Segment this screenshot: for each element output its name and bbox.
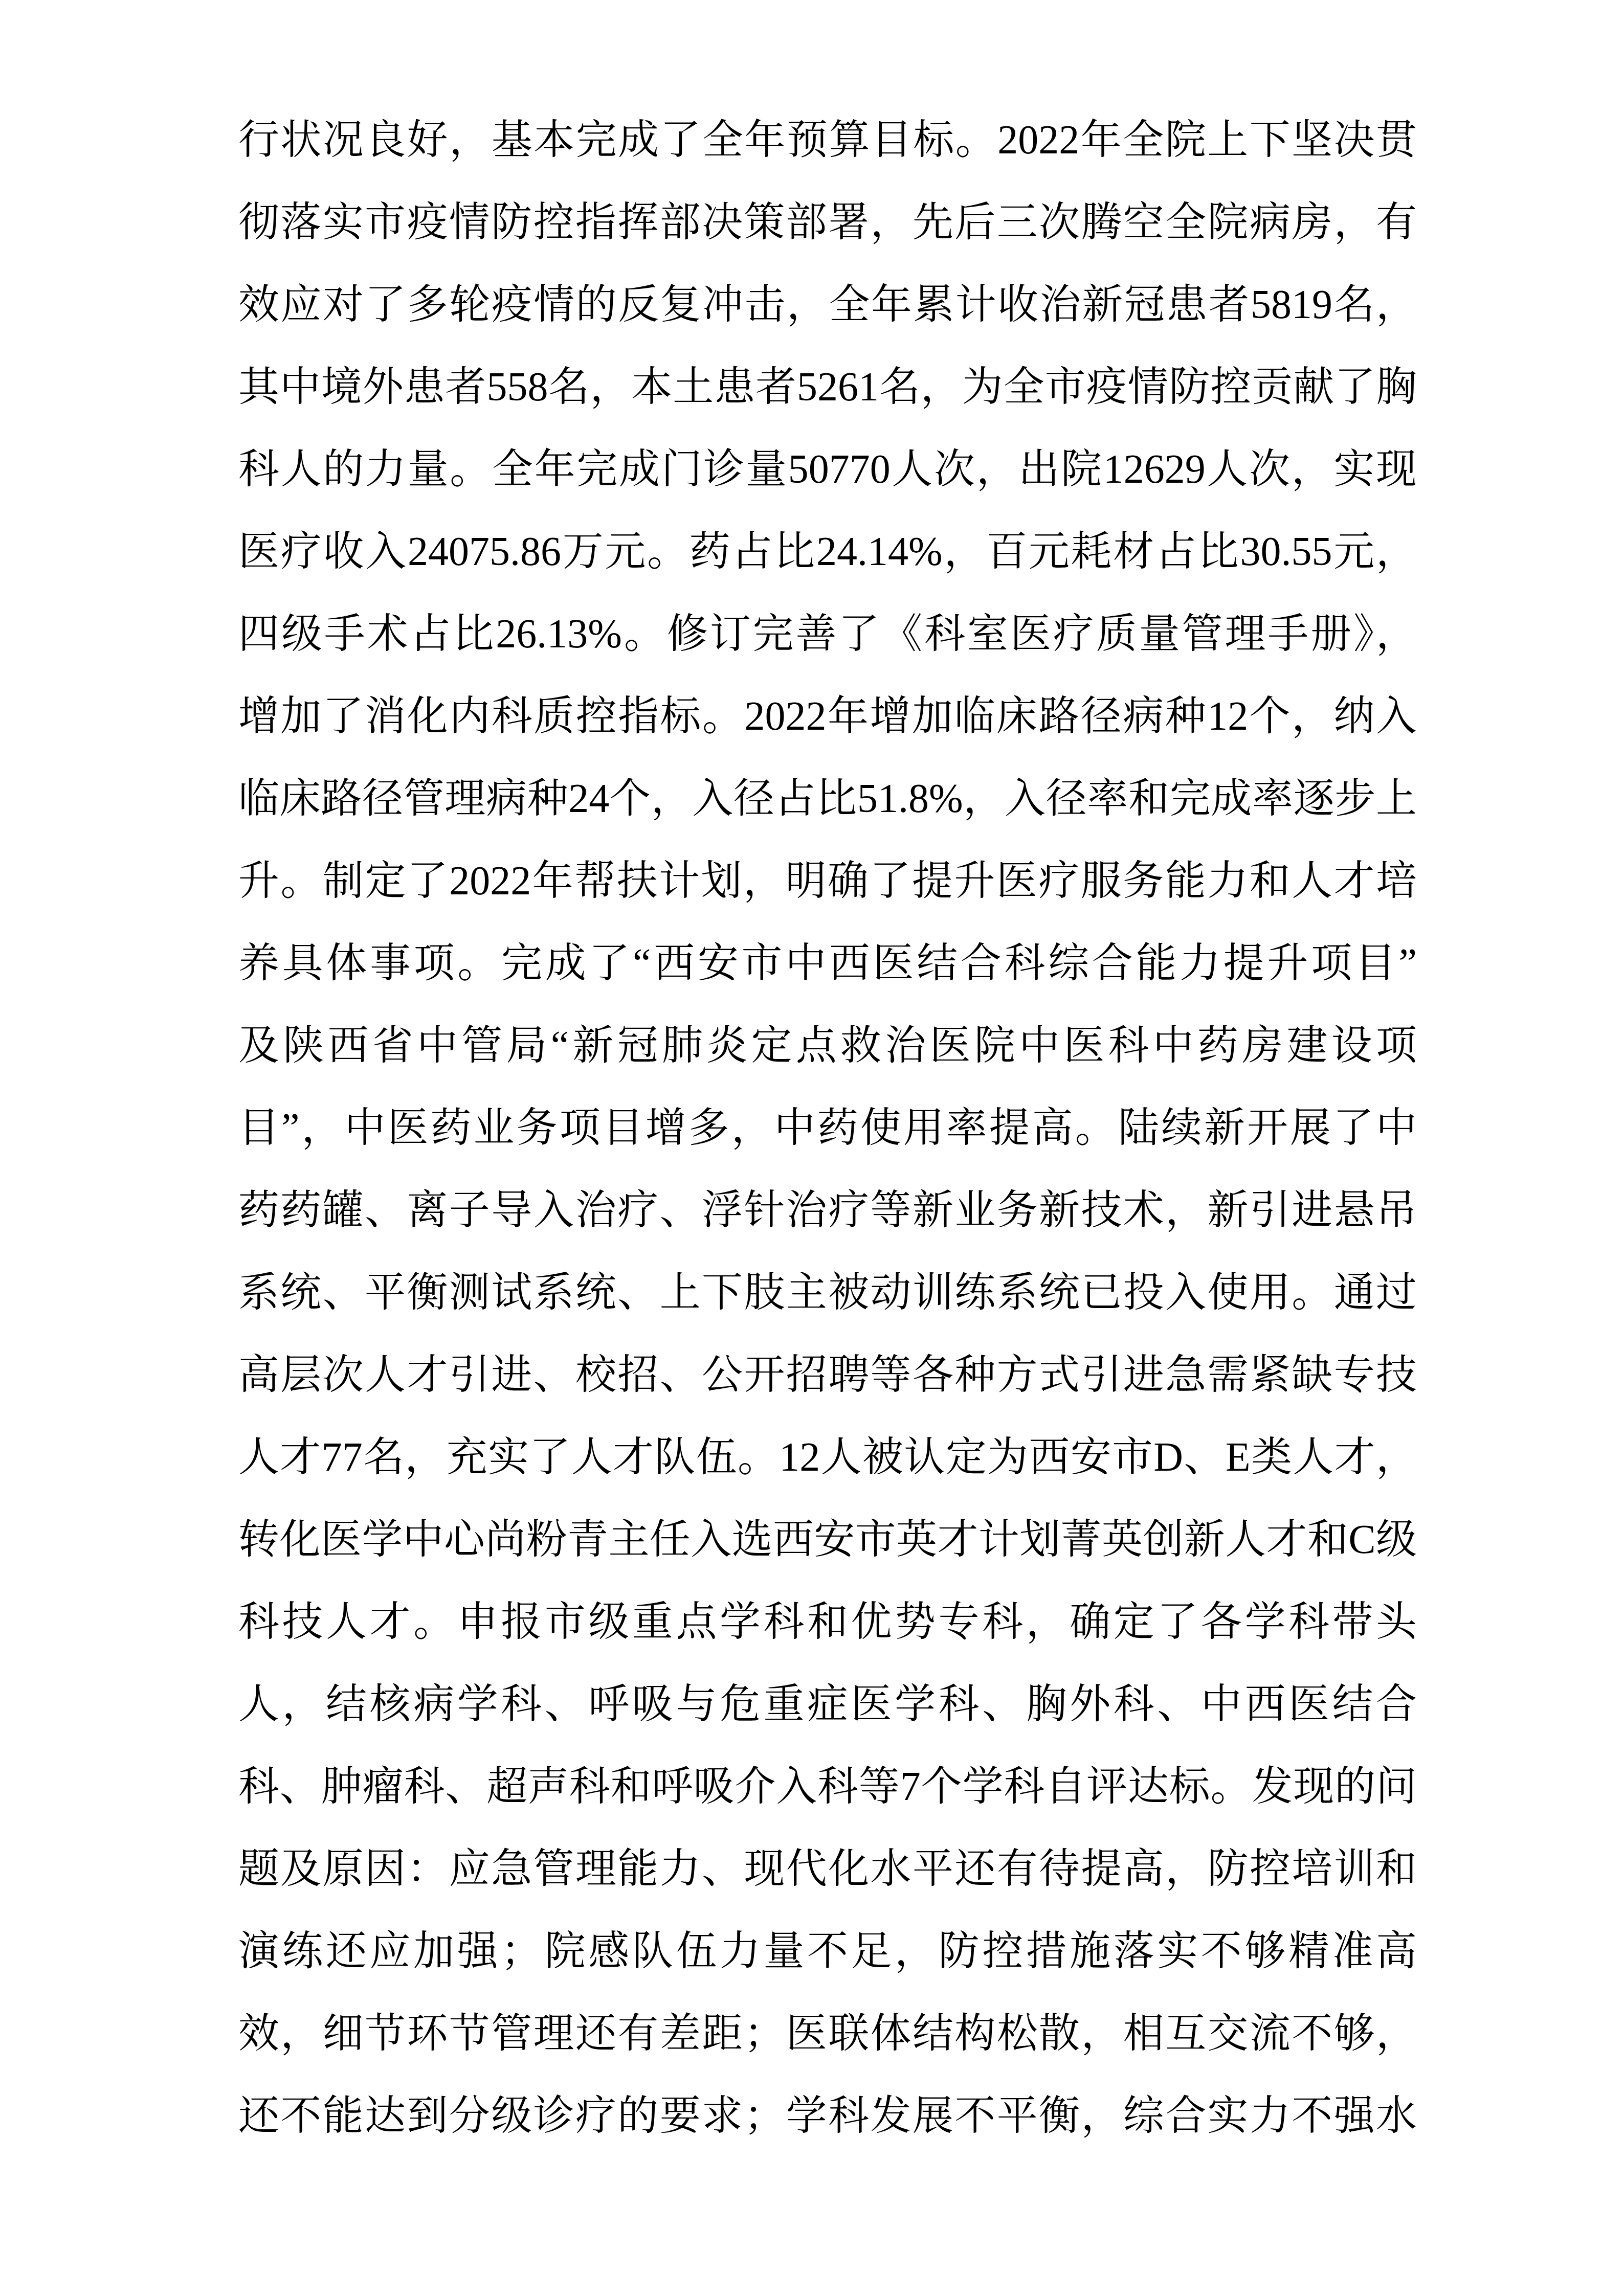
text-line-1: 行状况良好，基本完成了全年预算目标。2022年全院上下坚决贯 <box>238 99 1417 182</box>
document-page: 行状况良好，基本完成了全年预算目标。2022年全院上下坚决贯 彻落实市疫情防控指… <box>0 0 1624 2296</box>
text-line-2: 彻落实市疫情防控指挥部决策部署，先后三次腾空全院病房，有 <box>238 182 1417 264</box>
text-line-19: 科技人才。申报市级重点学科和优势专科，确定了各学科带头 <box>238 1581 1417 1663</box>
text-line-21: 科、肿瘤科、超声科和呼吸介入科等7个学科自评达标。发现的问 <box>238 1746 1417 1828</box>
text-line-22: 题及原因：应急管理能力、现代化水平还有待提高，防控培训和 <box>238 1828 1417 1910</box>
text-line-16: 高层次人才引进、校招、公开招聘等各种方式引进急需紧缺专技 <box>238 1334 1417 1416</box>
text-line-17: 人才77名，充实了人才队伍。12人被认定为西安市D、E类人才， <box>238 1416 1417 1499</box>
text-line-11: 养具体事项。完成了“西安市中西医结合科综合能力提升项目” <box>238 922 1417 1005</box>
text-line-6: 医疗收入24075.86万元。药占比24.14%，百元耗材占比30.55元， <box>238 511 1417 593</box>
text-line-14: 药药罐、离子导入治疗、浮针治疗等新业务新技术，新引进悬吊 <box>238 1169 1417 1252</box>
text-line-4: 其中境外患者558名，本土患者5261名，为全市疫情防控贡献了胸 <box>238 346 1417 429</box>
text-line-15: 系统、平衡测试系统、上下肢主被动训练系统已投入使用。通过 <box>238 1252 1417 1334</box>
body-text: 行状况良好，基本完成了全年预算目标。2022年全院上下坚决贯 彻落实市疫情防控指… <box>238 99 1417 2157</box>
text-line-23: 演练还应加强；院感队伍力量不足，防控措施落实不够精准高 <box>238 1910 1417 1993</box>
text-line-10: 升。制定了2022年帮扶计划，明确了提升医疗服务能力和人才培 <box>238 840 1417 922</box>
text-line-3: 效应对了多轮疫情的反复冲击，全年累计收治新冠患者5819名， <box>238 264 1417 346</box>
text-line-8: 增加了消化内科质控指标。2022年增加临床路径病种12个，纳入 <box>238 676 1417 758</box>
text-line-5: 科人的力量。全年完成门诊量50770人次，出院12629人次，实现 <box>238 429 1417 511</box>
text-line-24: 效，细节环节管理还有差距；医联体结构松散，相互交流不够， <box>238 1993 1417 2075</box>
text-line-20: 人，结核病学科、呼吸与危重症医学科、胸外科、中西医结合 <box>238 1663 1417 1746</box>
text-line-25: 还不能达到分级诊疗的要求；学科发展不平衡，综合实力不强水 <box>238 2075 1417 2157</box>
text-line-9: 临床路径管理病种24个，入径占比51.8%，入径率和完成率逐步上 <box>238 758 1417 840</box>
text-line-12: 及陕西省中管局“新冠肺炎定点救治医院中医科中药房建设项 <box>238 1005 1417 1087</box>
text-line-18: 转化医学中心尚粉青主任入选西安市英才计划菁英创新人才和C级 <box>238 1499 1417 1581</box>
text-line-13: 目”，中医药业务项目增多，中药使用率提高。陆续新开展了中 <box>238 1087 1417 1169</box>
text-line-7: 四级手术占比26.13%。修订完善了《科室医疗质量管理手册》， <box>238 593 1417 676</box>
